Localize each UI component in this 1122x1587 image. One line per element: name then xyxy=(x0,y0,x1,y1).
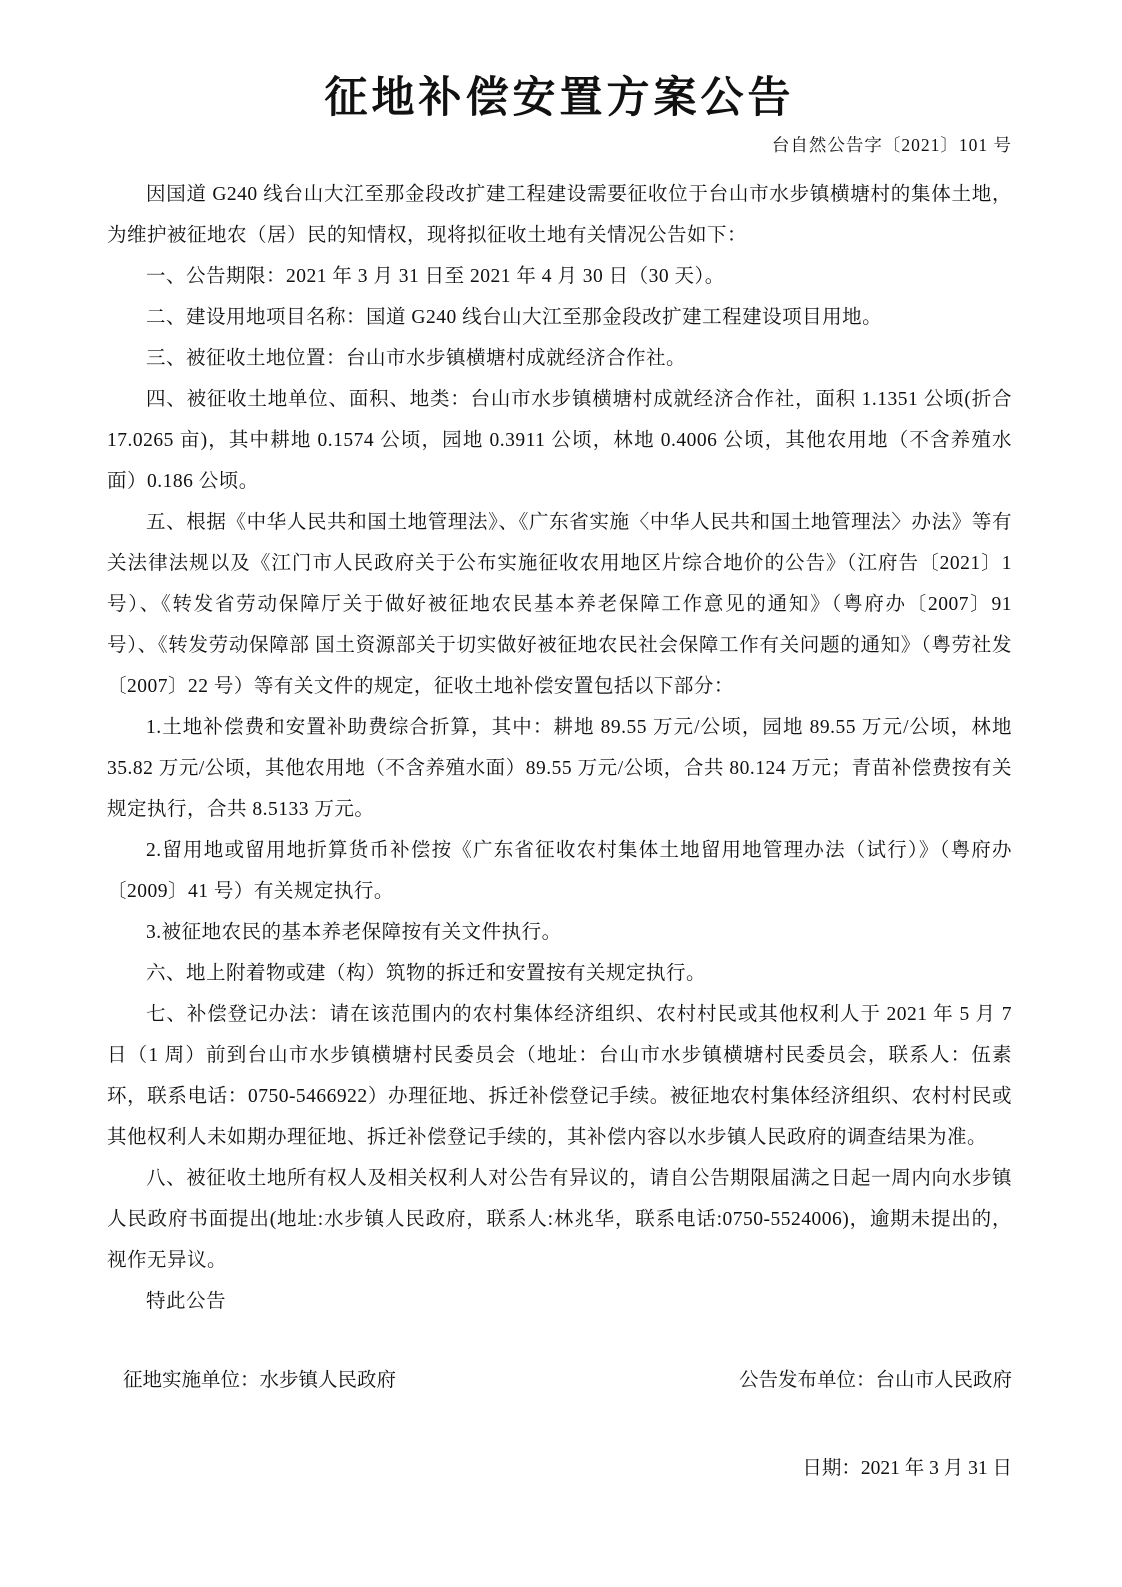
footer-date: 日期：2021 年 3 月 31 日 xyxy=(107,1454,1012,1484)
footer-units-row: 征地实施单位：水步镇人民政府 公告发布单位：台山市人民政府 xyxy=(107,1366,1012,1396)
item-5-sub-1-compensation-rates: 1.土地补偿费和安置补助费综合折算，其中：耕地 89.55 万元/公顷，园地 8… xyxy=(107,707,1012,830)
document-number: 台自然公告字〔2021〕101 号 xyxy=(107,132,1012,158)
document-body: 因国道 G240 线台山大江至那金段改扩建工程建设需要征收位于台山市水步镇横塘村… xyxy=(107,174,1012,1322)
intro-paragraph: 因国道 G240 线台山大江至那金段改扩建工程建设需要征收位于台山市水步镇横塘村… xyxy=(107,174,1012,256)
item-1-announcement-period: 一、公告期限：2021 年 3 月 31 日至 2021 年 4 月 30 日（… xyxy=(107,256,1012,297)
closing-statement: 特此公告 xyxy=(107,1281,1012,1322)
item-8-objection-procedure: 八、被征收土地所有权人及相关权利人对公告有异议的，请自公告期限届满之日起一周内向… xyxy=(107,1158,1012,1281)
document-page: 征地补偿安置方案公告 台自然公告字〔2021〕101 号 因国道 G240 线台… xyxy=(0,0,1122,1587)
footer-issuing-unit: 公告发布单位：台山市人民政府 xyxy=(739,1366,1012,1396)
item-4-land-unit-area: 四、被征收土地单位、面积、地类：台山市水步镇横塘村成就经济合作社，面积 1.13… xyxy=(107,379,1012,502)
item-5-sub-2-reserved-land: 2.留用地或留用地折算货币补偿按《广东省征收农村集体土地留用地管理办法（试行）》… xyxy=(107,830,1012,912)
item-5-legal-basis: 五、根据《中华人民共和国土地管理法》、《广东省实施〈中华人民共和国土地管理法〉办… xyxy=(107,502,1012,707)
item-5-sub-3-pension: 3.被征地农民的基本养老保障按有关文件执行。 xyxy=(107,912,1012,953)
item-7-registration-method: 七、补偿登记办法：请在该范围内的农村集体经济组织、农村村民或其他权利人于 202… xyxy=(107,994,1012,1158)
footer-implementing-unit: 征地实施单位：水步镇人民政府 xyxy=(123,1366,396,1396)
item-2-project-name: 二、建设用地项目名称：国道 G240 线台山大江至那金段改扩建工程建设项目用地。 xyxy=(107,297,1012,338)
item-3-land-location: 三、被征收土地位置：台山市水步镇横塘村成就经济合作社。 xyxy=(107,338,1012,379)
document-title: 征地补偿安置方案公告 xyxy=(107,72,1012,126)
item-6-attachments: 六、地上附着物或建（构）筑物的拆迁和安置按有关规定执行。 xyxy=(107,953,1012,994)
